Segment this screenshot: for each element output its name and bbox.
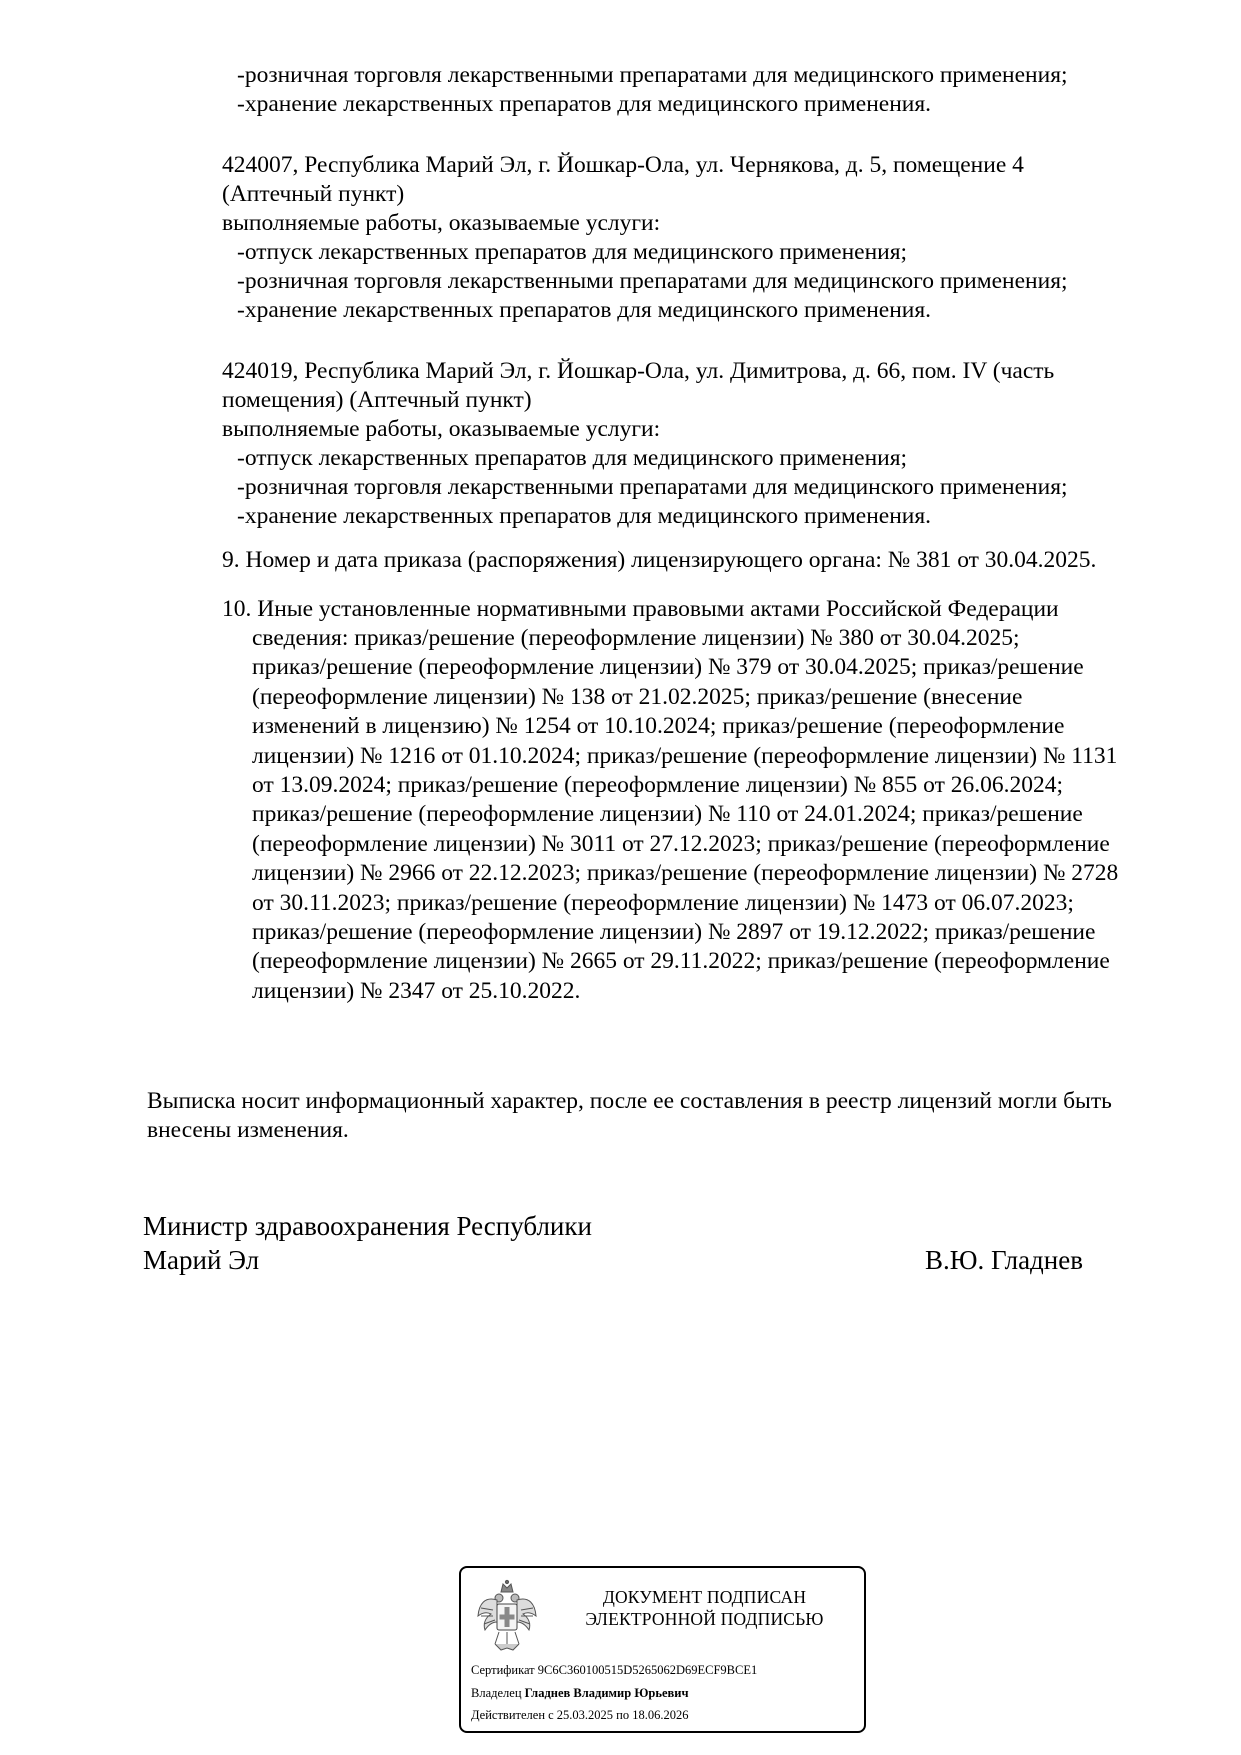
document-page: -розничная торговля лекарственными препа…	[0, 0, 1241, 1755]
top-service-item: -розничная торговля лекарственными препа…	[237, 61, 1068, 90]
other-info-heading: 10. Иные установленные нормативными прав…	[222, 595, 1059, 624]
electronic-signature-stamp: ДОКУМЕНТ ПОДПИСАН ЭЛЕКТРОННОЙ ПОДПИСЬЮ С…	[459, 1566, 866, 1733]
stamp-certificate: Сертификат 9C6C360100515D5265062D69ECF9B…	[471, 1662, 757, 1678]
address-line: 424019, Республика Марий Эл, г. Йошкар-О…	[222, 357, 1054, 386]
service-item: -хранение лекарственных препаратов для м…	[237, 502, 931, 531]
other-info-line: сведения: приказ/решение (переоформление…	[252, 624, 1020, 653]
double-headed-eagle-emblem-icon	[475, 1578, 539, 1656]
disclaimer-line: Выписка носит информационный характер, п…	[147, 1087, 1112, 1116]
services-heading: выполняемые работы, оказываемые услуги:	[222, 209, 660, 238]
order-number-item: 9. Номер и дата приказа (распоряжения) л…	[222, 546, 1096, 575]
other-info-line: (переоформление лицензии) № 138 от 21.02…	[252, 683, 1022, 712]
stamp-owner: Владелец Гладнев Владимир Юрьевич	[471, 1685, 689, 1701]
other-info-line: от 30.11.2023; приказ/решение (переоформ…	[252, 889, 1074, 918]
service-item: -хранение лекарственных препаратов для м…	[237, 296, 931, 325]
certificate-label: Сертификат	[471, 1663, 535, 1677]
disclaimer-line: внесены изменения.	[147, 1116, 349, 1145]
signatory-name: В.Ю. Гладнев	[925, 1243, 1083, 1277]
stamp-validity: Действителен с 25.03.2025 по 18.06.2026	[471, 1707, 689, 1723]
other-info-line: приказ/решение (переоформление лицензии)…	[252, 800, 1083, 829]
other-info-line: приказ/решение (переоформление лицензии)…	[252, 653, 1084, 682]
owner-label: Владелец	[471, 1686, 522, 1700]
address-line: 424007, Республика Марий Эл, г. Йошкар-О…	[222, 151, 1024, 180]
other-info-line: лицензии) № 2966 от 22.12.2023; приказ/р…	[252, 859, 1118, 888]
other-info-line: приказ/решение (переоформление лицензии)…	[252, 918, 1095, 947]
address-line: (Аптечный пункт)	[222, 180, 404, 209]
other-info-line: (переоформление лицензии) № 3011 от 27.1…	[252, 830, 1110, 859]
address-line: помещения) (Аптечный пункт)	[222, 386, 532, 415]
signatory-position: Марий Эл	[143, 1243, 259, 1277]
other-info-line: (переоформление лицензии) № 2665 от 29.1…	[252, 947, 1110, 976]
other-info-line: от 13.09.2024; приказ/решение (переоформ…	[252, 771, 1063, 800]
services-heading: выполняемые работы, оказываемые услуги:	[222, 415, 660, 444]
signatory-position: Министр здравоохранения Республики	[143, 1209, 592, 1243]
owner-value: Гладнев Владимир Юрьевич	[525, 1686, 689, 1700]
service-item: -отпуск лекарственных препаратов для мед…	[237, 238, 907, 267]
other-info-line: лицензии) № 1216 от 01.10.2024; приказ/р…	[252, 742, 1117, 771]
other-info-line: изменений в лицензию) № 1254 от 10.10.20…	[252, 712, 1064, 741]
service-item: -розничная торговля лекарственными препа…	[237, 473, 1068, 502]
stamp-title: ДОКУМЕНТ ПОДПИСАН ЭЛЕКТРОННОЙ ПОДПИСЬЮ	[551, 1586, 858, 1630]
stamp-title-line: ДОКУМЕНТ ПОДПИСАН	[551, 1586, 858, 1608]
top-service-item: -хранение лекарственных препаратов для м…	[237, 90, 931, 119]
other-info-line: лицензии) № 2347 от 25.10.2022.	[252, 977, 580, 1006]
service-item: -отпуск лекарственных препаратов для мед…	[237, 444, 907, 473]
service-item: -розничная торговля лекарственными препа…	[237, 267, 1068, 296]
certificate-value: 9C6C360100515D5265062D69ECF9BCE1	[538, 1663, 757, 1677]
stamp-title-line: ЭЛЕКТРОННОЙ ПОДПИСЬЮ	[551, 1608, 858, 1630]
